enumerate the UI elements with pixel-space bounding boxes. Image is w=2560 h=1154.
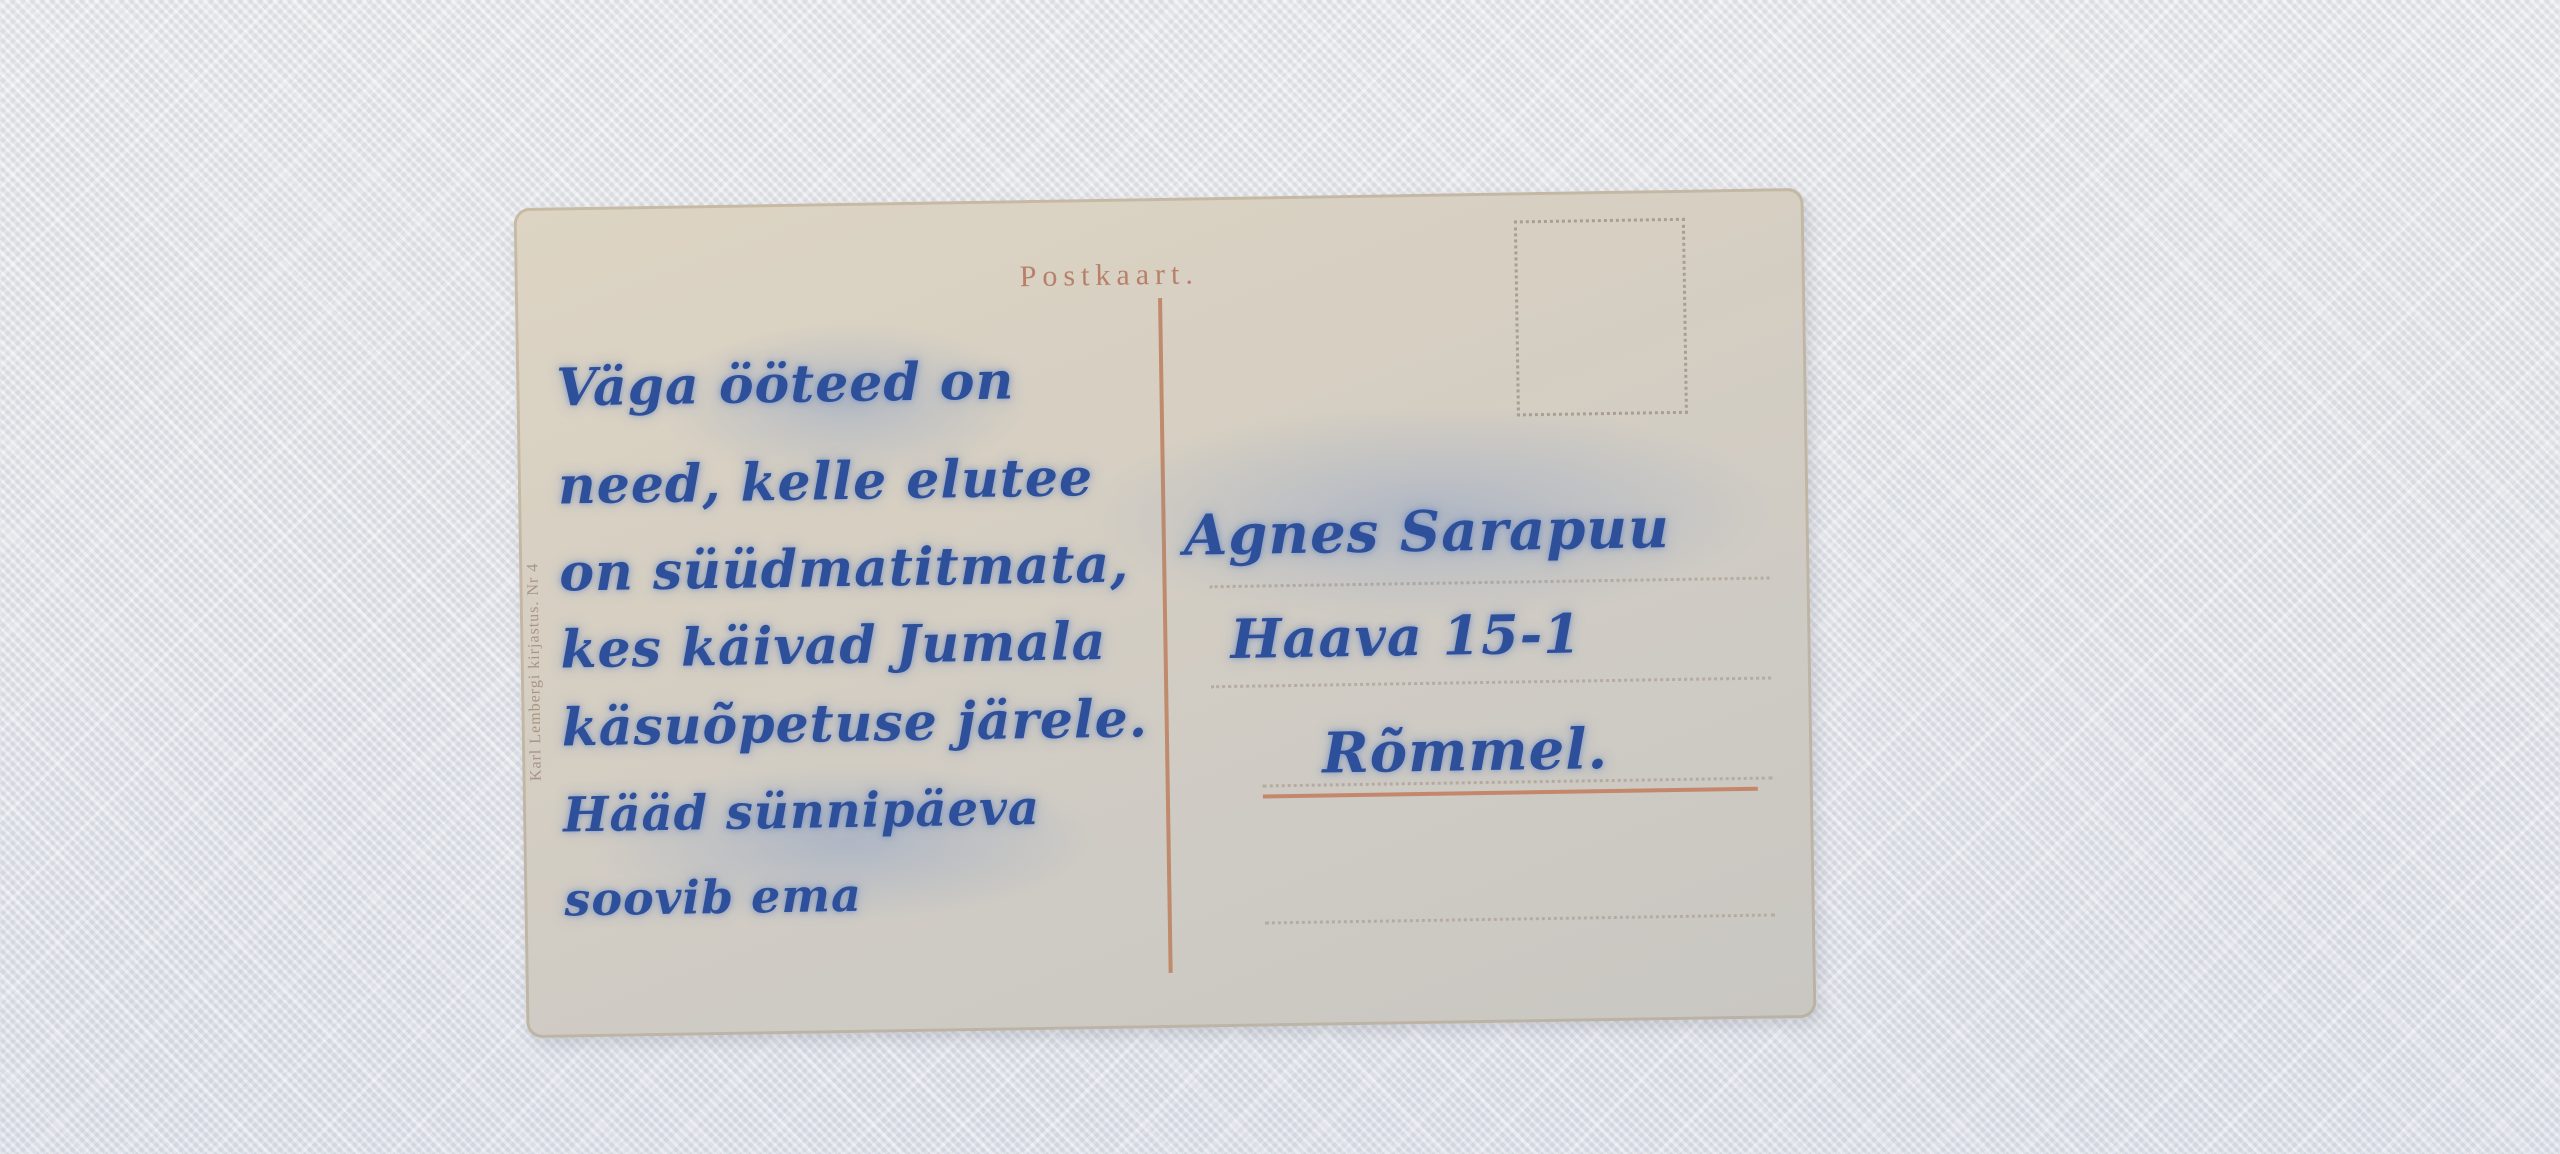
message-line-6: Hääd sünnipäeva [563,780,1041,843]
center-divider-line [1158,298,1173,973]
message-line-3: on süüdmatitmata, [559,534,1130,604]
address-line-4 [1265,913,1775,924]
message-line-1: Väga ööteed on [556,350,1015,418]
stamp-placeholder-box [1514,218,1688,417]
address-city: Rõmmel. [1322,716,1609,786]
message-line-7: soovib ema [564,868,862,927]
message-line-4: kes käivad Jumala [560,611,1107,681]
address-underline [1263,787,1758,799]
publisher-imprint: Karl Lembergi kirjastus. Nr 4 [524,563,545,782]
message-line-5: käsuõpetuse järele. [561,688,1148,758]
message-line-2: need, kelle elutee [557,447,1093,516]
address-name: Agnes Sarapuu [1183,495,1670,569]
postcard-title: Postkaart. [1019,257,1199,294]
address-street: Haava 15-1 [1230,601,1582,671]
address-line-2 [1211,676,1771,688]
postcard: Postkaart. Karl Lembergi kirjastus. Nr 4… [514,188,1817,1038]
